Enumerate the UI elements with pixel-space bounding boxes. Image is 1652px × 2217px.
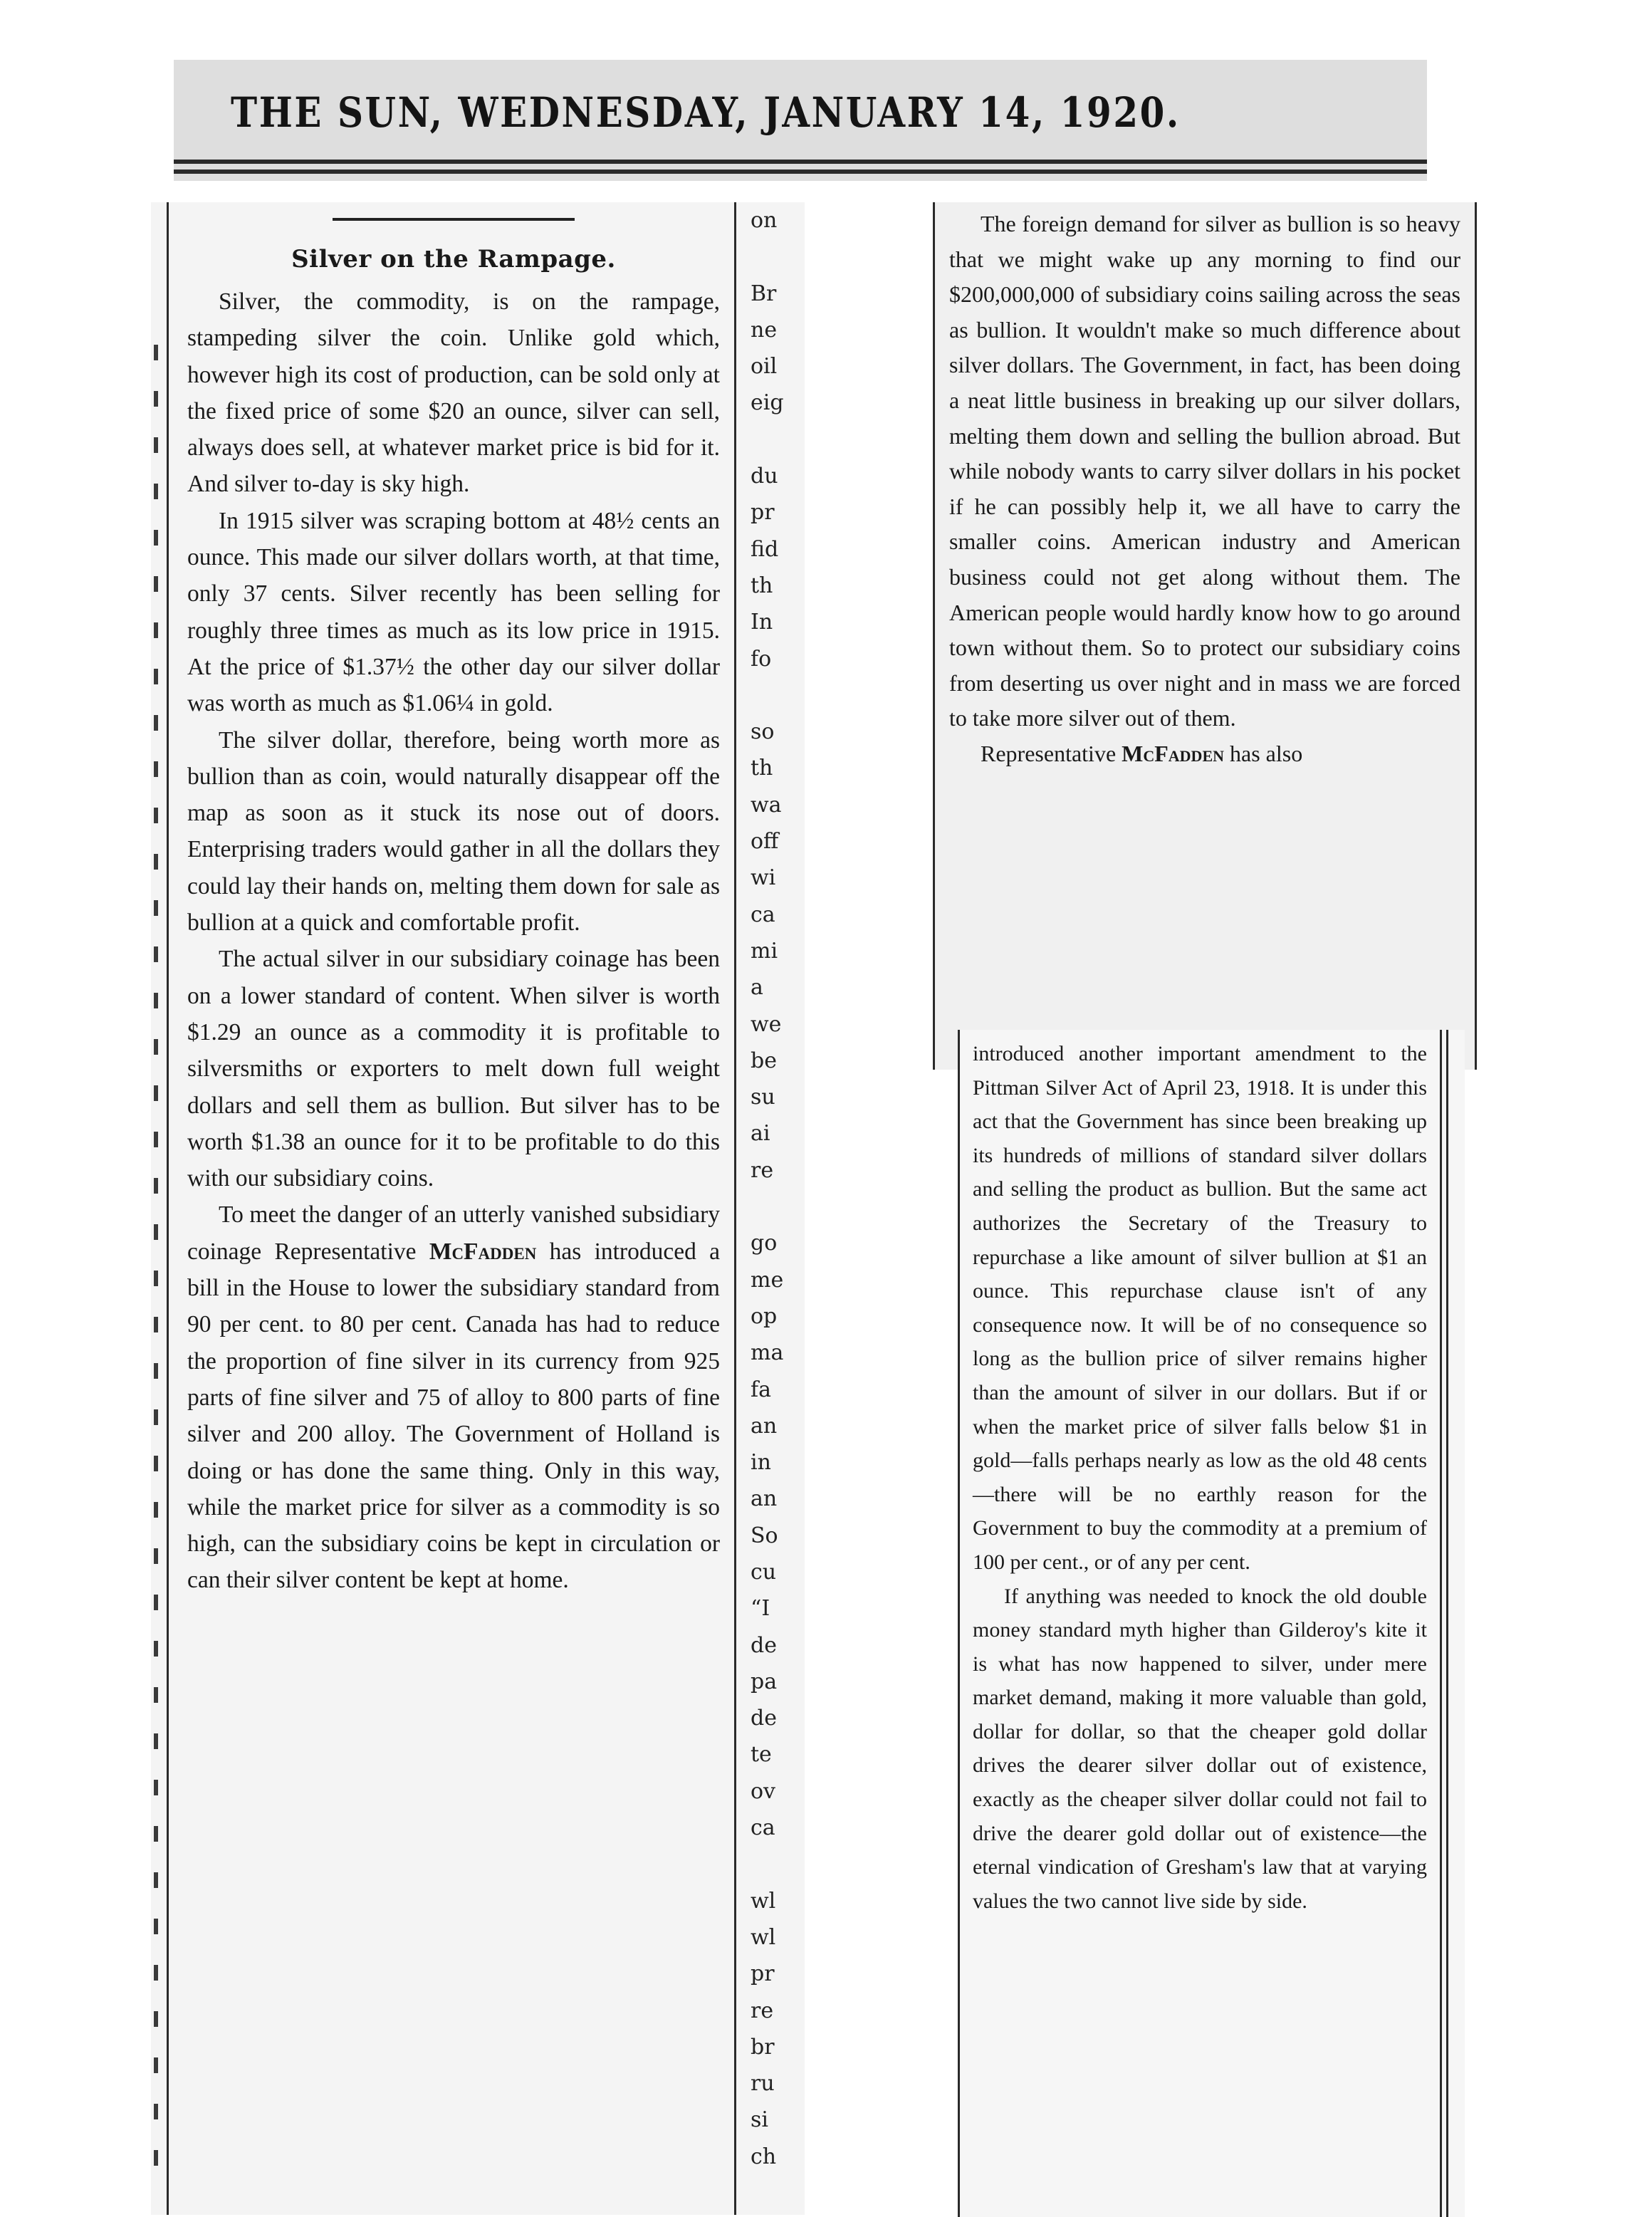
edge-mark xyxy=(154,1039,158,1055)
adjacent-column-fragments: onBrneoileigduprfidthInfosothwaoffwicami… xyxy=(741,202,805,2215)
newspaper-masthead: THE SUN, WEDNESDAY, JANUARY 14, 1920. xyxy=(174,60,1427,181)
edge-mark xyxy=(154,484,158,499)
fragment-line xyxy=(751,1846,805,1882)
edge-mark xyxy=(154,1826,158,1842)
edge-mark xyxy=(154,669,158,684)
edge-mark xyxy=(154,1733,158,1749)
article-column-right-bottom: introduced another important amendment t… xyxy=(958,1030,1442,2217)
fragment-line: cu xyxy=(751,1554,805,1590)
edge-mark xyxy=(154,1780,158,1795)
fragment-line: re xyxy=(751,1993,805,2029)
fragment-line: wi xyxy=(751,860,805,896)
edge-mark xyxy=(154,1595,158,1610)
fragment-line: th xyxy=(751,750,805,786)
text-run: Representative xyxy=(981,741,1122,766)
edge-mark xyxy=(154,530,158,546)
edge-mark xyxy=(154,1456,158,1471)
fragment-line: an xyxy=(751,1408,805,1444)
fragment-line: so xyxy=(751,714,805,750)
fragment-line: ai xyxy=(751,1115,805,1152)
edge-mark xyxy=(154,1548,158,1564)
edge-mark xyxy=(154,808,158,823)
edge-mark xyxy=(154,715,158,731)
edge-mark xyxy=(154,1872,158,1888)
fragment-line: ca xyxy=(751,897,805,933)
fragment-line: ru xyxy=(751,2065,805,2102)
masthead-rule xyxy=(174,169,1427,174)
edge-mark xyxy=(154,1178,158,1194)
text-run: has introduced a bill in the House to lo… xyxy=(187,1238,720,1594)
edge-mark xyxy=(154,1271,158,1286)
article-clip-right-bottom: introduced another important amendment t… xyxy=(958,1030,1465,2217)
edge-mark xyxy=(154,1085,158,1101)
fragment-line: ov xyxy=(751,1773,805,1810)
edge-mark xyxy=(154,1687,158,1703)
fragment-line: fo xyxy=(751,641,805,677)
fragment-line: we xyxy=(751,1006,805,1043)
edge-mark xyxy=(154,993,158,1008)
article-headline: Silver on the Rampage. xyxy=(187,245,720,273)
fragment-line: go xyxy=(751,1225,805,1261)
article-clip-left: Silver on the Rampage. Silver, the commo… xyxy=(151,202,805,2215)
edge-mark xyxy=(154,1919,158,1934)
edge-mark xyxy=(154,2011,158,2027)
fragment-line: oil xyxy=(751,348,805,385)
fragment-line: du xyxy=(751,458,805,494)
edge-mark xyxy=(154,2104,158,2119)
paragraph: Silver, the commodity, is on the rampage… xyxy=(187,283,720,503)
edge-mark xyxy=(154,1224,158,1240)
fragment-line: ch xyxy=(751,2139,805,2175)
section-divider xyxy=(333,218,575,221)
edge-mark xyxy=(154,576,158,592)
fragment-line: off xyxy=(751,823,805,860)
fragment-line: wl xyxy=(751,1883,805,1919)
paragraph: Representative McFadden has also xyxy=(949,736,1460,772)
edge-mark xyxy=(154,437,158,453)
fragment-line: si xyxy=(751,2102,805,2138)
paragraph: introduced another important amendment t… xyxy=(973,1037,1427,1580)
fragment-line: fid xyxy=(751,531,805,568)
fragment-line: re xyxy=(751,1152,805,1189)
person-name: McFadden xyxy=(429,1238,536,1265)
fragment-line: be xyxy=(751,1043,805,1079)
fragment-line: de xyxy=(751,1700,805,1736)
adjacent-column-edge xyxy=(1446,1030,1467,2217)
fragment-line: So xyxy=(751,1518,805,1554)
paragraph: The silver dollar, therefore, being wort… xyxy=(187,722,720,941)
edge-mark xyxy=(154,622,158,638)
paragraph: If anything was needed to knock the old … xyxy=(973,1580,1427,1919)
masthead-rule xyxy=(174,160,1427,164)
edge-mark xyxy=(154,1965,158,1981)
fragment-line: op xyxy=(751,1298,805,1335)
fragment-line: mi xyxy=(751,933,805,969)
paragraph: The actual silver in our subsidiary coin… xyxy=(187,941,720,1196)
fragment-line: “I xyxy=(751,1590,805,1627)
article-clip-right-top: The foreign demand for silver as bullion… xyxy=(933,202,1477,1070)
edge-mark xyxy=(154,1132,158,1147)
left-edge-fragments xyxy=(151,202,165,2215)
fragment-line xyxy=(751,677,805,714)
fragment-line xyxy=(751,239,805,275)
edge-mark xyxy=(154,1317,158,1332)
edge-mark xyxy=(154,2057,158,2073)
fragment-line: ca xyxy=(751,1810,805,1846)
edge-mark xyxy=(154,1641,158,1657)
edge-mark xyxy=(154,2150,158,2166)
person-name: McFadden xyxy=(1122,741,1224,766)
edge-mark xyxy=(154,946,158,962)
fragment-line xyxy=(751,1189,805,1225)
fragment-line: ma xyxy=(751,1335,805,1371)
fragment-line: an xyxy=(751,1481,805,1517)
article-column-right-top: The foreign demand for silver as bullion… xyxy=(933,202,1477,1070)
fragment-line: Br xyxy=(751,276,805,312)
fragment-line: wl xyxy=(751,1919,805,1956)
fragment-line: pr xyxy=(751,1956,805,1992)
fragment-line: in xyxy=(751,1444,805,1481)
edge-mark xyxy=(154,1363,158,1379)
fragment-line: me xyxy=(751,1262,805,1298)
fragment-line: on xyxy=(751,202,805,239)
edge-mark xyxy=(154,391,158,407)
article-column-left: Silver on the Rampage. Silver, the commo… xyxy=(167,202,736,2215)
edge-mark xyxy=(154,854,158,870)
fragment-line: de xyxy=(751,1627,805,1664)
fragment-line: su xyxy=(751,1079,805,1115)
fragment-line: th xyxy=(751,568,805,604)
edge-mark xyxy=(154,761,158,777)
paragraph: The foreign demand for silver as bullion… xyxy=(949,207,1460,736)
text-run: has also xyxy=(1224,741,1302,766)
edge-mark xyxy=(154,345,158,360)
fragment-line: pr xyxy=(751,494,805,531)
paragraph: To meet the danger of an utterly vanishe… xyxy=(187,1196,720,1598)
fragment-line: In xyxy=(751,604,805,640)
fragment-line: ne xyxy=(751,312,805,348)
edge-mark xyxy=(154,900,158,916)
paragraph: In 1915 silver was scraping bottom at 48… xyxy=(187,503,720,722)
fragment-line xyxy=(751,422,805,458)
fragment-line: pa xyxy=(751,1664,805,1700)
masthead-title: THE SUN, WEDNESDAY, JANUARY 14, 1920. xyxy=(231,88,1181,137)
fragment-line: a xyxy=(751,969,805,1006)
edge-mark xyxy=(154,1502,158,1518)
fragment-line: te xyxy=(751,1736,805,1773)
fragment-line: eig xyxy=(751,385,805,421)
edge-mark xyxy=(154,1409,158,1425)
fragment-line: wa xyxy=(751,787,805,823)
fragment-line: fa xyxy=(751,1372,805,1408)
fragment-line: br xyxy=(751,2029,805,2065)
